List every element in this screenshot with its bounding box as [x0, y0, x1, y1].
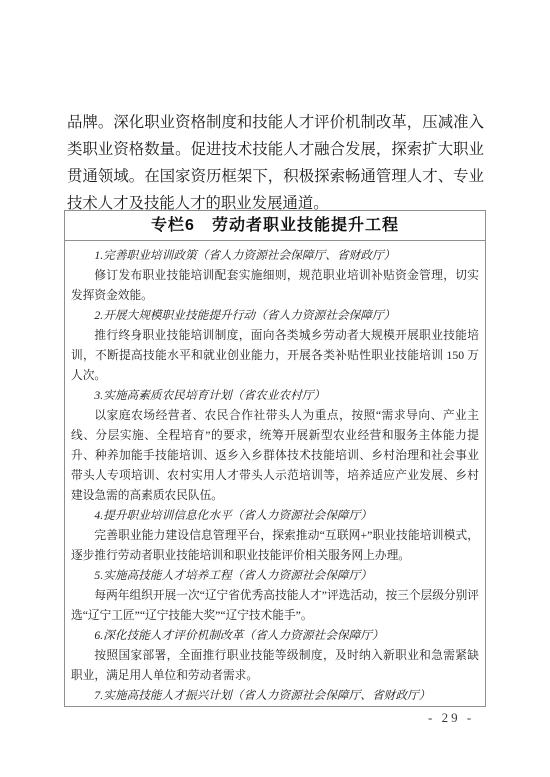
panel-body: 1.完善职业培训政策（省人力资源社会保障厅、省财政厅） 修订发布职业技能培训配套… [65, 241, 485, 707]
item-heading: 7.实施高技能人才振兴计划（省人力资源社会保障厅、省财政厅） [71, 686, 479, 706]
panel-item: 5.实施高技能人才培养工程（省人力资源社会保障厅） 每两年组织开展一次“辽宁省优… [71, 566, 479, 626]
panel-title: 专栏6 劳动者职业技能提升工程 [65, 211, 485, 241]
page-number: - 29 - [428, 710, 474, 726]
item-heading: 5.实施高技能人才培养工程（省人力资源社会保障厅） [71, 566, 479, 586]
intro-paragraph: 品牌。深化职业资格制度和技能人才评价机制改革，压减准入类职业资格数量。促进技术技… [67, 109, 484, 217]
item-body: 按照国家部署，全面推行职业技能等级制度，及时纳入新职业和急需紧缺职业，满足用人单… [71, 646, 479, 686]
panel-item: 3.实施高素质农民培育计划（省农业农村厅） 以家庭农场经营者、农民合作社带头人为… [71, 386, 479, 506]
item-heading: 6.深化技能人才评价机制改革（省人力资源社会保障厅） [71, 626, 479, 646]
item-body: 推行终身职业技能培训制度，面向各类城乡劳动者大规模开展职业技能培训，不断提高技能… [71, 326, 479, 386]
item-heading: 3.实施高素质农民培育计划（省农业农村厅） [71, 386, 479, 406]
panel-item: 2.开展大规模职业技能提升行动（省人力资源社会保障厅） 推行终身职业技能培训制度… [71, 306, 479, 386]
panel-item: 7.实施高技能人才振兴计划（省人力资源社会保障厅、省财政厅） 重点建设一批国家级… [71, 686, 479, 707]
panel-item: 1.完善职业培训政策（省人力资源社会保障厅、省财政厅） 修订发布职业技能培训配套… [71, 246, 479, 306]
item-body: 修订发布职业技能培训配套实施细则，规范职业培训补贴资金管理，切实发挥资金效能。 [71, 266, 479, 306]
panel-item: 4.提升职业培训信息化水平（省人力资源社会保障厅） 完善职业能力建设信息管理平台… [71, 506, 479, 566]
item-heading: 4.提升职业培训信息化水平（省人力资源社会保障厅） [71, 506, 479, 526]
feature-panel: 专栏6 劳动者职业技能提升工程 1.完善职业培训政策（省人力资源社会保障厅、省财… [64, 210, 486, 707]
item-body: 重点建设一批国家级高技能人才培训基地、国家级技能大师工作室、省级职业技能培训示范… [71, 706, 479, 707]
item-body: 每两年组织开展一次“辽宁省优秀高技能人才”评选活动，按三个层级分别评选“辽宁工匠… [71, 586, 479, 626]
item-body: 以家庭农场经营者、农民合作社带头人为重点，按照“需求导向、产业主线、分层实施、全… [71, 406, 479, 506]
item-body: 完善职业能力建设信息管理平台，探索推动“互联网+”职业技能培训模式，逐步推行劳动… [71, 526, 479, 566]
panel-item: 6.深化技能人才评价机制改革（省人力资源社会保障厅） 按照国家部署，全面推行职业… [71, 626, 479, 686]
item-heading: 1.完善职业培训政策（省人力资源社会保障厅、省财政厅） [71, 246, 479, 266]
item-heading: 2.开展大规模职业技能提升行动（省人力资源社会保障厅） [71, 306, 479, 326]
document-page: 品牌。深化职业资格制度和技能人才评价机制改革，压减准入类职业资格数量。促进技术技… [0, 0, 550, 777]
